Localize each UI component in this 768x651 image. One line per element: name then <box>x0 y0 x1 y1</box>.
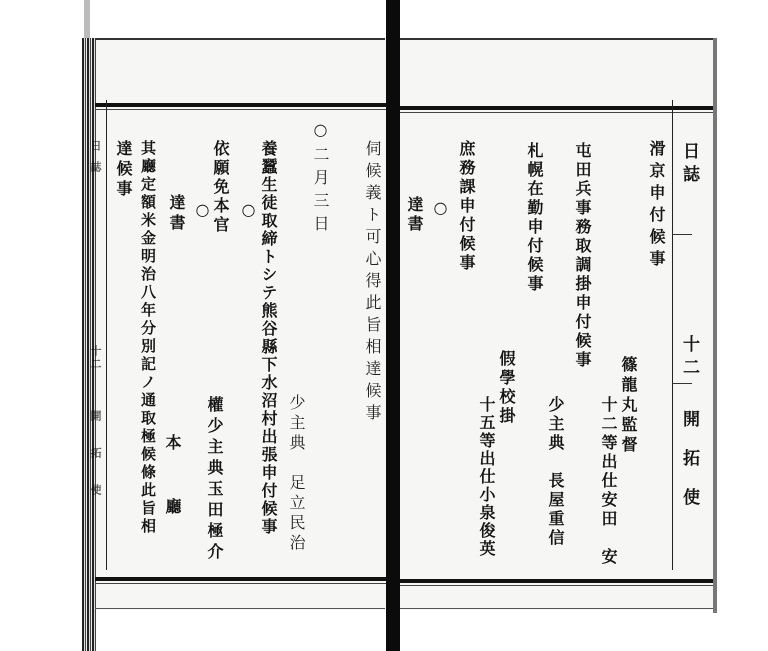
bottom-border-right <box>400 608 715 609</box>
bottom-border-left <box>95 608 385 609</box>
text-column: 篠龍丸監督 <box>620 356 636 456</box>
top-rule-left <box>95 103 387 107</box>
bottom-rule-right-thin <box>400 585 715 586</box>
text-column: 達書 <box>406 196 422 234</box>
bottom-rule-left-thin <box>95 583 387 584</box>
left-margin-rule <box>106 100 107 570</box>
circle-marker: ○ <box>240 200 256 223</box>
text-column: 達候事 <box>115 140 131 200</box>
circle-marker: ○ <box>194 200 210 223</box>
page-spread <box>95 38 715 610</box>
text-column: 假學校掛 <box>498 350 514 426</box>
text-column: 少主典 長屋重信 <box>547 396 563 548</box>
top-border-right <box>400 38 715 40</box>
right-margin-rule <box>672 100 673 570</box>
margin-title: 日誌 <box>680 142 697 188</box>
text-column: 滑京申付候事 <box>648 140 664 272</box>
margin-volume-left: 十二 <box>90 345 101 371</box>
text-column: 庶務課申付候事 <box>458 140 474 273</box>
top-border-left <box>95 38 385 40</box>
bottom-rule-left <box>95 577 387 581</box>
text-column: 依願免本官 <box>212 140 228 235</box>
margin-tick <box>672 383 692 384</box>
text-column: 權少主典玉田極介 <box>206 396 222 564</box>
right-page-edge <box>713 38 717 613</box>
top-rule-right <box>400 106 715 110</box>
binding-fold <box>386 0 400 651</box>
text-column: 本廳 <box>164 434 180 562</box>
left-binding-top <box>84 0 90 40</box>
top-rule-left-thin <box>95 109 387 110</box>
top-rule-right-thin <box>400 112 715 113</box>
text-column: 十五等出仕小泉俊英 <box>478 396 494 558</box>
bottom-rule-right <box>400 579 715 583</box>
text-column: 其廳定額米金明治八年分別記ノ通取極候條此旨相 <box>140 140 155 536</box>
margin-office-left: 開拓使 <box>90 410 101 521</box>
margin-volume: 十二 <box>680 335 697 381</box>
text-column: 伺候義ト可心得此旨相達候事 <box>364 140 380 426</box>
margin-office: 開拓使 <box>680 410 697 527</box>
margin-title-left: 日誌 <box>90 140 101 182</box>
margin-tick <box>672 234 692 235</box>
date-column: ○二月三日 <box>312 120 328 238</box>
text-column: 養蠶生徒取締トシテ熊谷縣下水沼村出張申付候事 <box>260 140 276 536</box>
circle-marker: ○ <box>432 198 448 221</box>
text-column: 十二等出仕安田 安 <box>600 396 616 567</box>
text-column: 札幌在勤申付候事 <box>526 142 542 294</box>
text-column: 少主典 足立民治 <box>288 394 304 554</box>
text-column: 屯田兵事務取調掛申付候事 <box>574 142 590 370</box>
text-column: 達書 <box>168 194 184 234</box>
